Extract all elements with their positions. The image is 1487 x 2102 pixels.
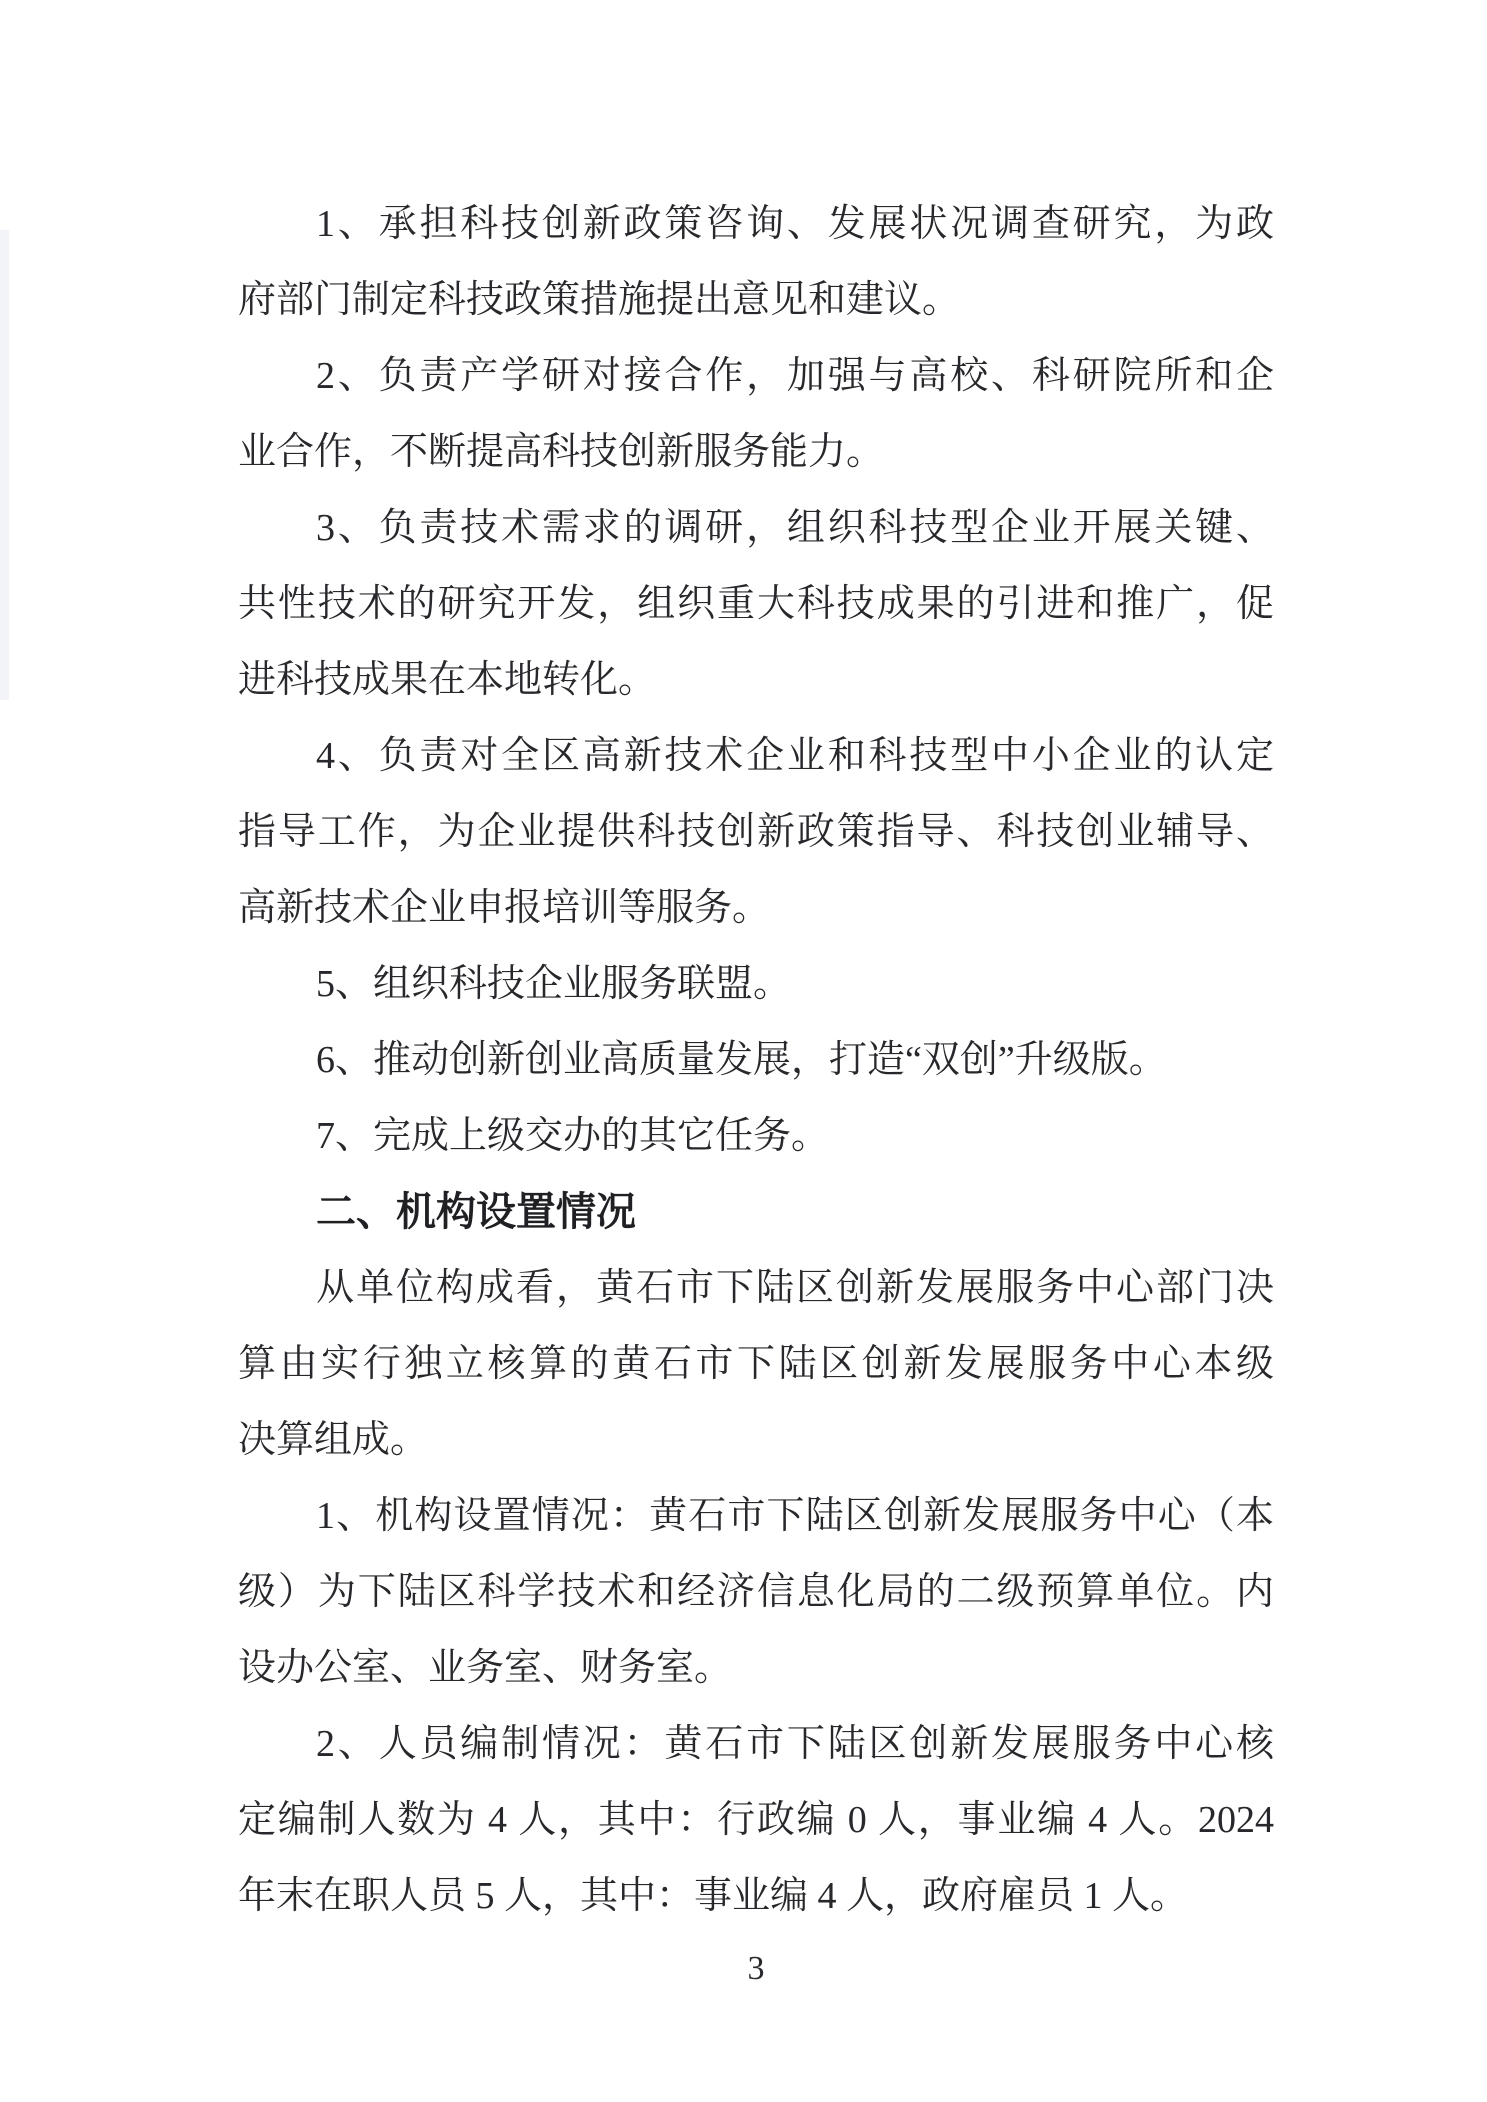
duty-item-2-line-1: 2、负责产学研对接合作，加强与高校、科研院所和企 bbox=[238, 338, 1274, 414]
document-page: 1、承担科技创新政策咨询、发展状况调查研究，为政 府部门制定科技政策措施提出意见… bbox=[0, 0, 1487, 2102]
org-intro-line-2: 算由实行独立核算的黄石市下陆区创新发展服务中心本级 bbox=[238, 1326, 1274, 1402]
duty-item-3-line-3: 进科技成果在本地转化。 bbox=[238, 642, 1274, 718]
duty-item-6: 6、推动创新创业高质量发展，打造“双创”升级版。 bbox=[238, 1022, 1274, 1098]
document-body: 1、承担科技创新政策咨询、发展状况调查研究，为政 府部门制定科技政策措施提出意见… bbox=[238, 186, 1274, 1934]
duty-item-4-line-3: 高新技术企业申报培训等服务。 bbox=[238, 870, 1274, 946]
duty-item-3-line-1: 3、负责技术需求的调研，组织科技型企业开展关键、 bbox=[238, 490, 1274, 566]
org-intro-line-3: 决算组成。 bbox=[238, 1402, 1274, 1478]
duty-item-5: 5、组织科技企业服务联盟。 bbox=[238, 946, 1274, 1022]
duty-item-2-line-2: 业合作，不断提高科技创新服务能力。 bbox=[238, 414, 1274, 490]
page-number: 3 bbox=[238, 1950, 1274, 1988]
org-item-1-line-2: 级）为下陆区科学技术和经济信息化局的二级预算单位。内 bbox=[238, 1554, 1274, 1630]
org-item-2-line-3: 年末在职人员 5 人，其中：事业编 4 人，政府雇员 1 人。 bbox=[238, 1858, 1274, 1934]
duty-item-7: 7、完成上级交办的其它任务。 bbox=[238, 1098, 1274, 1174]
duty-item-1-line-1: 1、承担科技创新政策咨询、发展状况调查研究，为政 bbox=[238, 186, 1274, 262]
duty-item-1-line-2: 府部门制定科技政策措施提出意见和建议。 bbox=[238, 262, 1274, 338]
org-item-2-line-2: 定编制人数为 4 人，其中：行政编 0 人，事业编 4 人。2024 bbox=[238, 1782, 1274, 1858]
duty-item-4-line-2: 指导工作，为企业提供科技创新政策指导、科技创业辅导、 bbox=[238, 794, 1274, 870]
org-item-2-line-1: 2、人员编制情况：黄石市下陆区创新发展服务中心核 bbox=[238, 1706, 1274, 1782]
duty-item-3-line-2: 共性技术的研究开发，组织重大科技成果的引进和推广，促 bbox=[238, 566, 1274, 642]
scan-edge-artifact bbox=[0, 230, 9, 700]
duty-item-4-line-1: 4、负责对全区高新技术企业和科技型中小企业的认定 bbox=[238, 718, 1274, 794]
section-heading-org-setup: 二、机构设置情况 bbox=[238, 1174, 1274, 1250]
org-item-1-line-1: 1、机构设置情况：黄石市下陆区创新发展服务中心（本 bbox=[238, 1478, 1274, 1554]
org-item-1-line-3: 设办公室、业务室、财务室。 bbox=[238, 1630, 1274, 1706]
org-intro-line-1: 从单位构成看，黄石市下陆区创新发展服务中心部门决 bbox=[238, 1250, 1274, 1326]
